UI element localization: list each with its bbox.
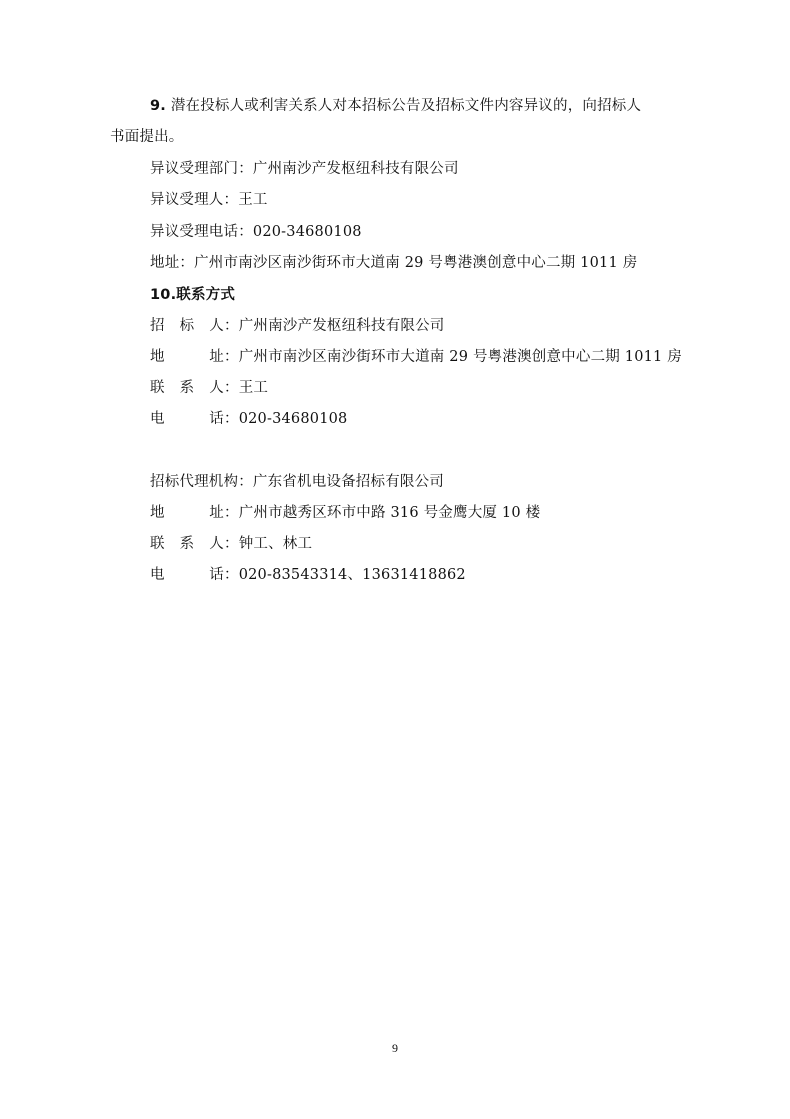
objection-address: 地址：广州市南沙区南沙街环市大道南 29 号粤港澳创意中心二期 1011 房 <box>150 253 637 273</box>
tenderer-value: 广州南沙产发枢纽科技有限公司 <box>239 318 445 334</box>
section9-line2: 书面提出。 <box>110 127 184 147</box>
agency-label: 招标代理机构： <box>150 474 253 490</box>
tenderer-contact-value: 王工 <box>239 380 268 396</box>
objection-address-label: 地址： <box>150 255 194 271</box>
objection-person-value: 王工 <box>238 192 267 208</box>
tenderer-address: 地址 ：广州市南沙区南沙街环市大道南 29 号粤港澳创意中心二期 1011 房 <box>150 347 682 367</box>
tenderer-name: 招标人 ：广州南沙产发枢纽科技有限公司 <box>150 316 445 336</box>
objection-phone-label: 异议受理电话： <box>150 224 253 240</box>
agency-contact-value: 钟工、林工 <box>239 536 313 552</box>
tenderer-phone-value: 020-34680108 <box>239 411 348 427</box>
tenderer-contact: 联系人 ：王工 <box>150 378 268 398</box>
objection-dept-label: 异议受理部门： <box>150 161 253 177</box>
section10-heading: 10.联系方式 <box>150 285 235 305</box>
page-number: 9 <box>0 1041 790 1056</box>
agency-address: 地址 ：广州市越秀区环市中路 316 号金鹰大厦 10 楼 <box>150 503 540 523</box>
tenderer-phone: 电话 ：020-34680108 <box>150 409 347 429</box>
agency-address-value: 广州市越秀区环市中路 316 号金鹰大厦 10 楼 <box>239 505 541 521</box>
agency-phone-label: 电话 <box>150 565 224 585</box>
section9-line1: 9. 潜在投标人或利害关系人对本招标公告及招标文件内容异议的，向招标人 <box>150 96 641 116</box>
section9-number: 9. <box>150 98 166 114</box>
document-page: 9. 潜在投标人或利害关系人对本招标公告及招标文件内容异议的，向招标人 书面提出… <box>0 0 790 1119</box>
objection-phone-value: 020-34680108 <box>253 224 362 240</box>
objection-person: 异议受理人：王工 <box>150 190 268 210</box>
objection-person-label: 异议受理人： <box>150 192 238 208</box>
tenderer-label: 招标人 <box>150 316 224 336</box>
agency-contact: 联系人 ：钟工、林工 <box>150 534 312 554</box>
agency-phone-value: 020-83543314、13631418862 <box>239 567 466 583</box>
agency-name: 招标代理机构：广东省机电设备招标有限公司 <box>150 472 444 492</box>
agency-phone: 电话 ：020-83543314、13631418862 <box>150 565 466 585</box>
objection-phone: 异议受理电话：020-34680108 <box>150 222 362 242</box>
tenderer-address-label: 地址 <box>150 347 224 367</box>
section9-text: 潜在投标人或利害关系人对本招标公告及招标文件内容异议的，向招标人 <box>171 98 641 114</box>
tenderer-contact-label: 联系人 <box>150 378 224 398</box>
objection-dept: 异议受理部门：广州南沙产发枢纽科技有限公司 <box>150 159 459 179</box>
agency-contact-label: 联系人 <box>150 534 224 554</box>
objection-address-value: 广州市南沙区南沙街环市大道南 29 号粤港澳创意中心二期 1011 房 <box>194 255 637 271</box>
agency-value: 广东省机电设备招标有限公司 <box>253 474 444 490</box>
tenderer-phone-label: 电话 <box>150 409 224 429</box>
agency-address-label: 地址 <box>150 503 224 523</box>
objection-dept-value: 广州南沙产发枢纽科技有限公司 <box>253 161 459 177</box>
tenderer-address-value: 广州市南沙区南沙街环市大道南 29 号粤港澳创意中心二期 1011 房 <box>239 349 682 365</box>
